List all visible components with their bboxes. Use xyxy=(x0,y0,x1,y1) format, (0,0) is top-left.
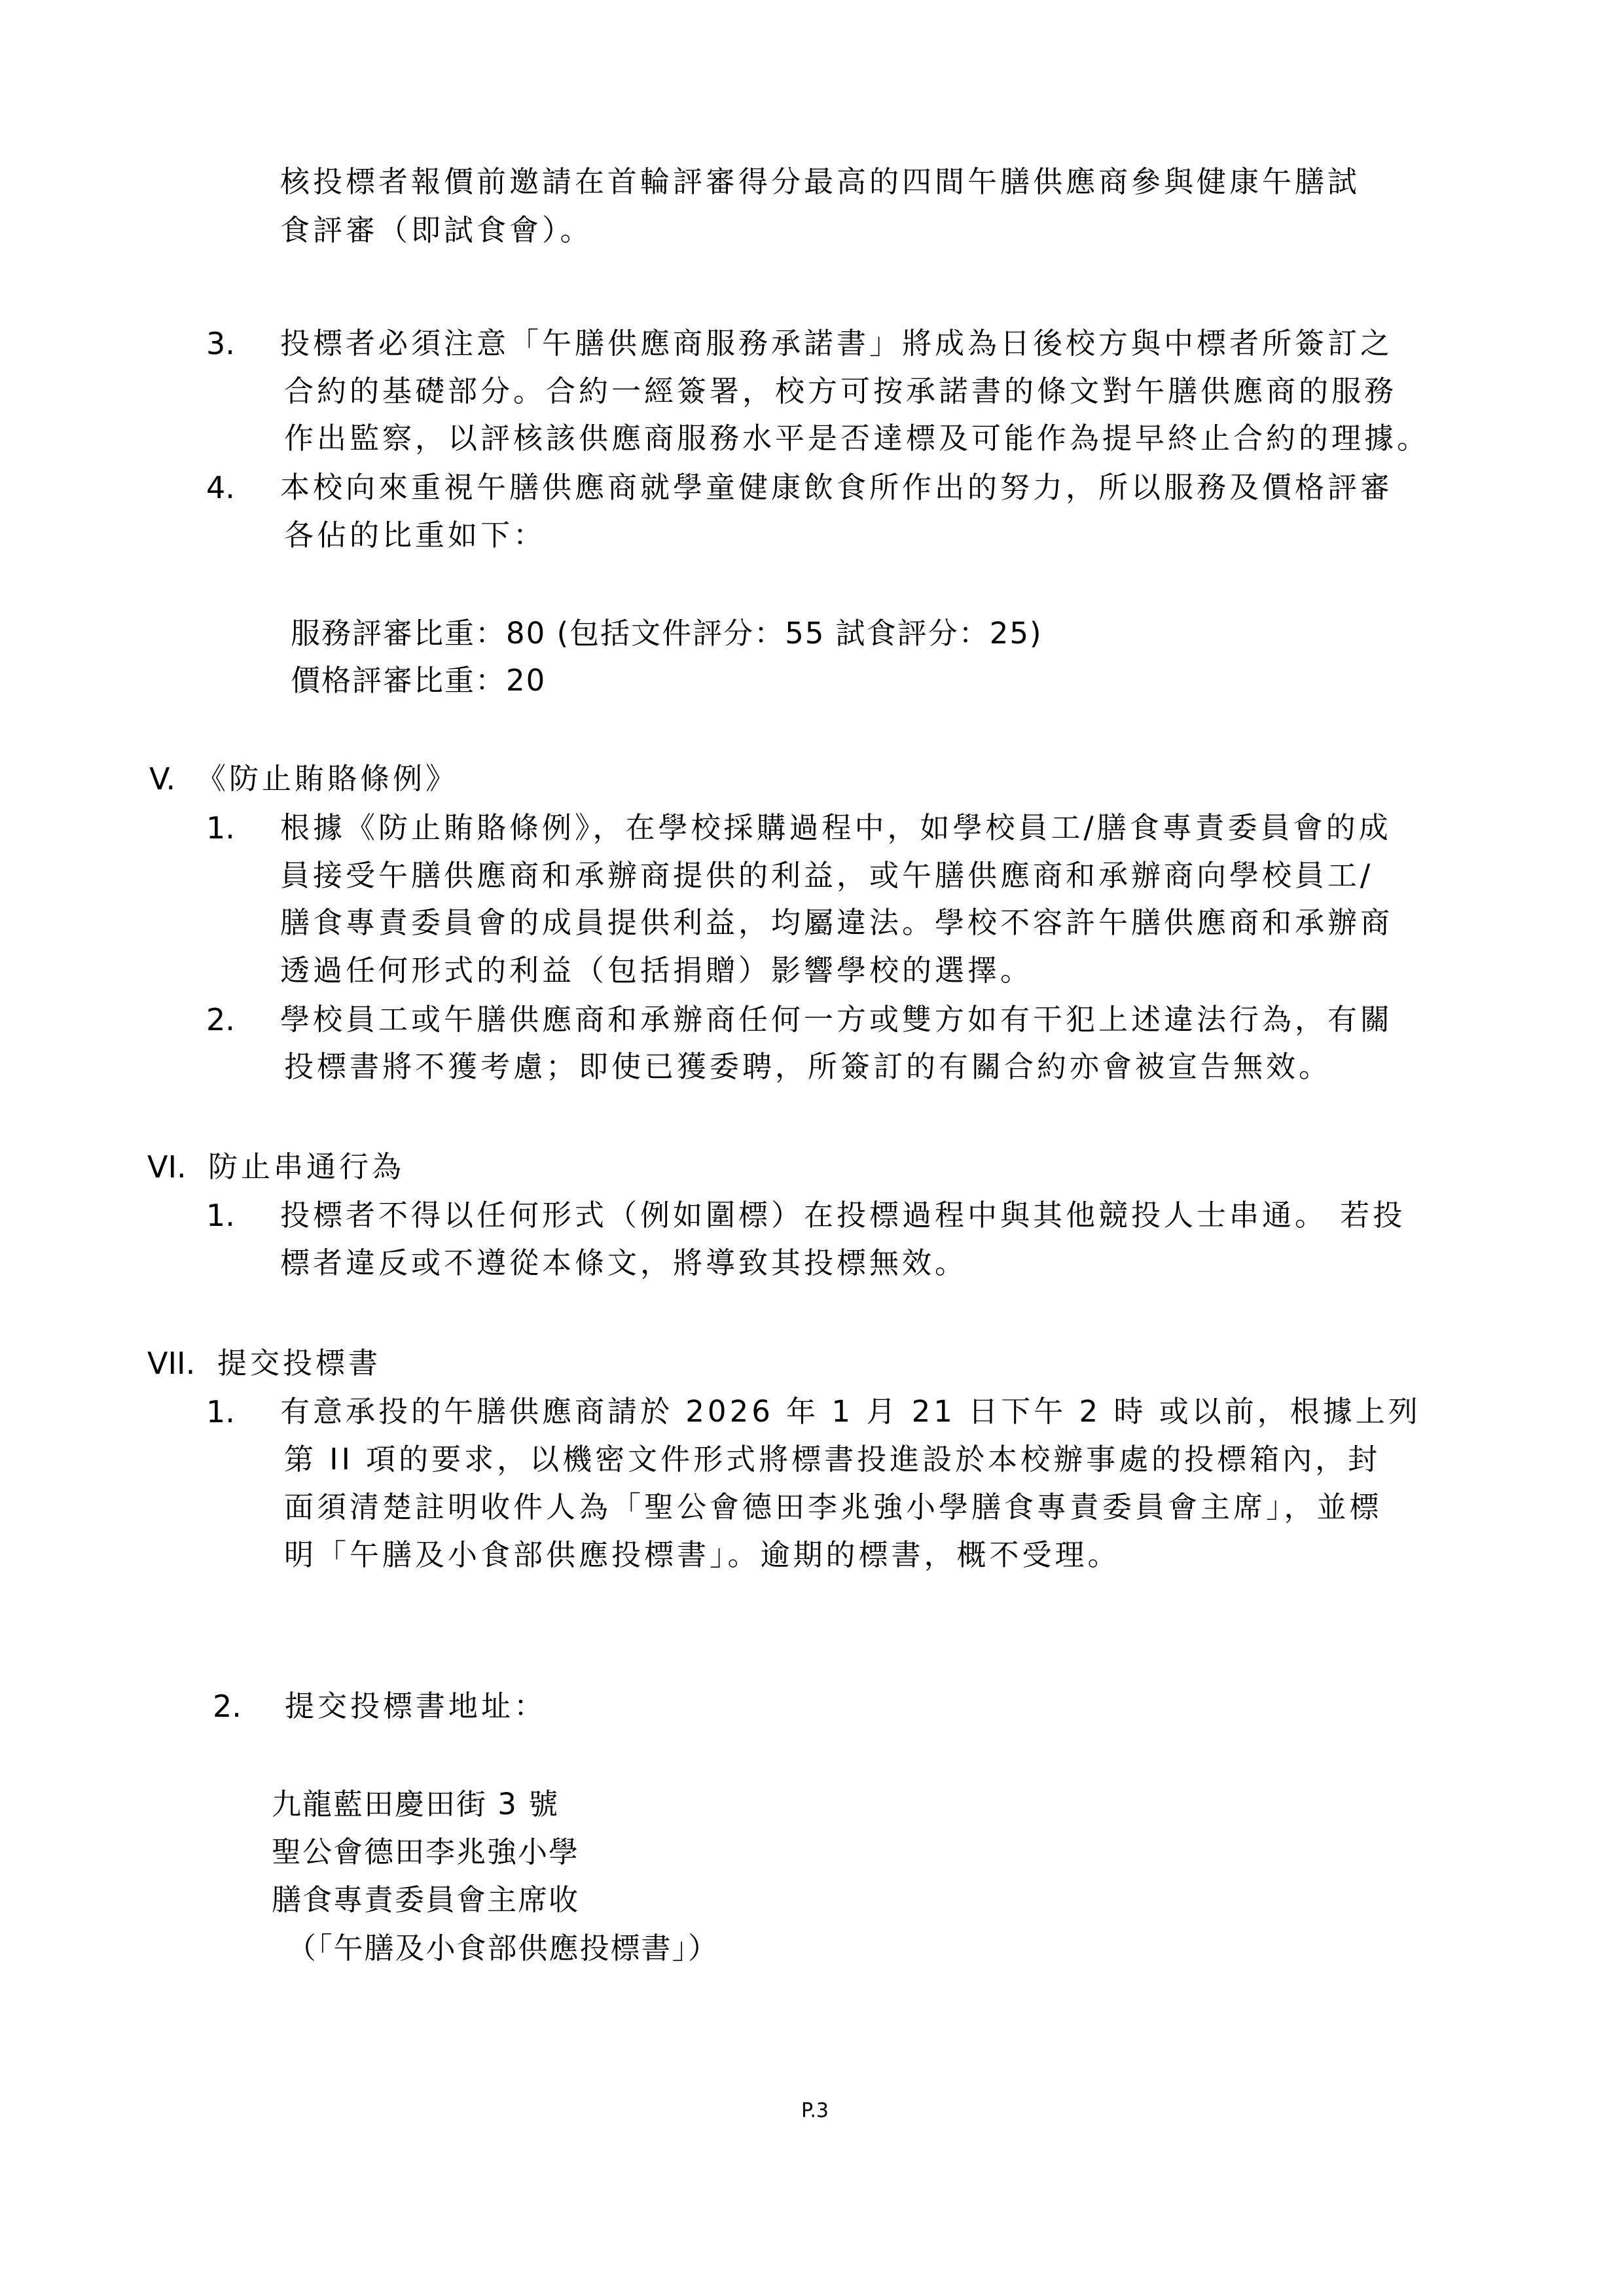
page-number: P.3 xyxy=(801,2100,829,2123)
section-title: 提交投標書 xyxy=(217,1344,381,1383)
address-line: 聖公會德田李兆強小學 xyxy=(272,1833,579,1872)
section-title: 防止串通行為 xyxy=(208,1147,405,1187)
list-number: 2. xyxy=(206,1000,235,1039)
list-number: 1. xyxy=(206,1196,235,1235)
address-line: 膳食專責委員會主席收 xyxy=(272,1880,579,1920)
address-line: 九龍藍田慶田街 3 號 xyxy=(272,1785,559,1824)
list-item-line: 各佔的比重如下： xyxy=(284,516,546,555)
list-item-line: 面須清楚註明收件人為「聖公會德田李兆強小學膳食專責委員會主席」，並標 xyxy=(284,1488,1382,1527)
list-item-line: 作出監察，以評核該供應商服務水平是否達標及可能作為提早終止合約的理據。 xyxy=(284,419,1430,458)
list-number: 1. xyxy=(206,808,235,848)
list-item-line: 第 II 項的要求，以機密文件形式將標書投進設於本校辦事處的投標箱內，封 xyxy=(284,1440,1380,1479)
continuation-line: 核投標者報價前邀請在首輪評審得分最高的四間午膳供應商參與健康午膳試 xyxy=(280,162,1360,202)
list-item-line: 員接受午膳供應商和承辦商提供的利益，或午膳供應商和承辦商向學校員工/ xyxy=(280,856,1373,895)
list-number: 4. xyxy=(206,468,235,507)
service-weighting: 服務評審比重：80 (包括文件評分：55 試食評分：25) xyxy=(291,614,1043,653)
list-item-line: 透過任何形式的利益（包括捐贈）影響學校的選擇。 xyxy=(280,951,1033,990)
list-number: 1. xyxy=(206,1392,235,1431)
list-item-line: 提交投標書地址： xyxy=(285,1687,547,1726)
section-number: VII. xyxy=(147,1344,195,1383)
list-item-line: 根據《防止賄賂條例》，在學校採購過程中，如學校員工/膳食專責委員會的成 xyxy=(280,808,1392,848)
document-page: 核投標者報價前邀請在首輪評審得分最高的四間午膳供應商參與健康午膳試 食評審（即試… xyxy=(0,0,1624,2296)
section-number: VI. xyxy=(147,1147,187,1187)
list-item-line: 學校員工或午膳供應商和承辦商任何一方或雙方如有干犯上述違法行為，有關 xyxy=(280,1000,1393,1039)
list-item-line: 標者違反或不遵從本條文，將導致其投標無效。 xyxy=(280,1244,967,1283)
section-title: 《防止賄賂條例》 xyxy=(196,759,458,798)
price-weighting: 價格評審比重：20 xyxy=(291,661,546,700)
list-item-line: 投標者不得以任何形式（例如圍標）在投標過程中與其他競投人士串通。 若投 xyxy=(280,1196,1405,1235)
address-line: （「午膳及小食部供應投標書」） xyxy=(287,1929,719,1968)
list-item-line: 合約的基礎部分。合約一經簽署，校方可按承諾書的條文對午膳供應商的服務 xyxy=(284,372,1397,411)
list-item-line: 投標者必須注意「午膳供應商服務承諾書」將成為日後校方與中標者所簽訂之 xyxy=(280,324,1393,363)
list-number: 3. xyxy=(206,324,235,363)
continuation-line: 食評審（即試食會）。 xyxy=(280,211,593,250)
list-item-line: 明「午膳及小食部供應投標書」。逾期的標書，概不受理。 xyxy=(284,1535,1121,1575)
list-number: 2. xyxy=(213,1687,242,1726)
list-item-line: 有意承投的午膳供應商請於 2026 年 1 月 21 日下午 2 時 或以前，根… xyxy=(280,1392,1421,1431)
list-item-line: 投標書將不獲考慮；即使已獲委聘，所簽訂的有關合約亦會被宣告無效。 xyxy=(284,1047,1331,1086)
section-number: V. xyxy=(149,759,175,798)
list-item-line: 本校向來重視午膳供應商就學童健康飲食所作出的努力，所以服務及價格評審 xyxy=(280,468,1393,507)
list-item-line: 膳食專責委員會的成員提供利益，均屬違法。學校不容許午膳供應商和承辦商 xyxy=(280,903,1393,942)
